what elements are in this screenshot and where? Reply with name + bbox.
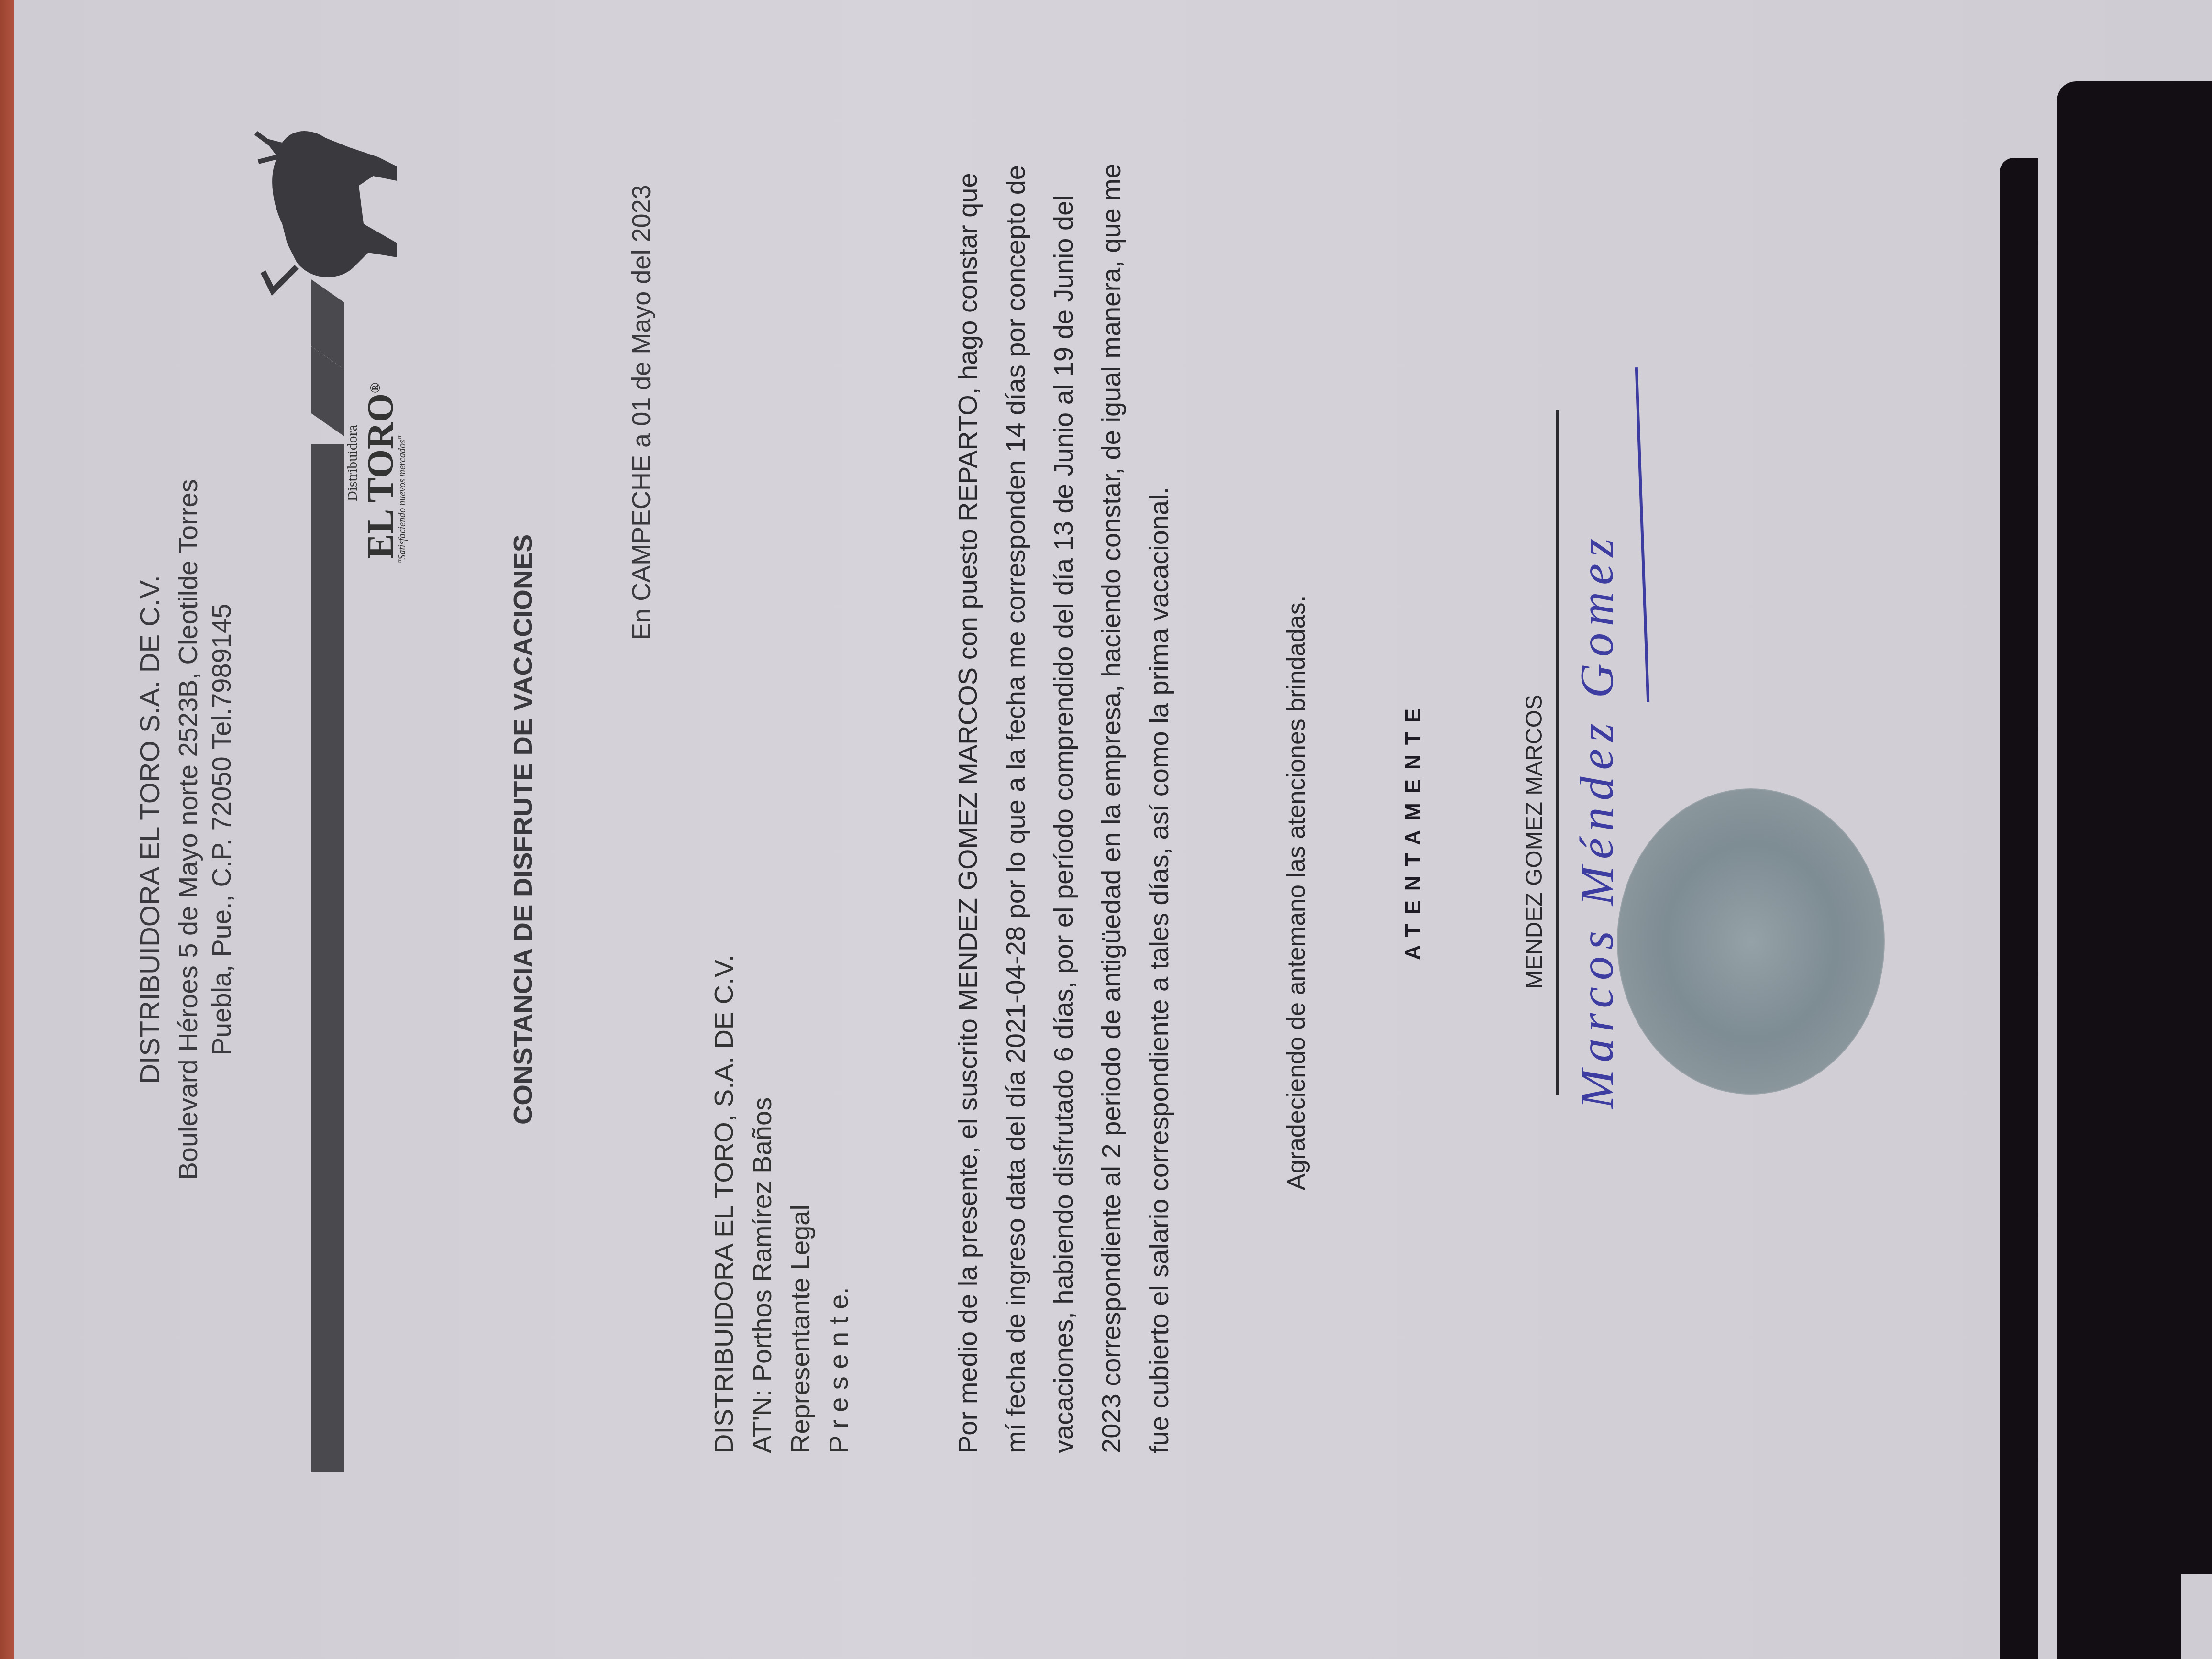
body-line: vacaciones, habiendo disfrutado 6 días, … xyxy=(1048,195,1079,1453)
recipient-presente: P r e s e n t e. xyxy=(823,1287,854,1453)
redaction-bar xyxy=(2181,81,2212,1574)
redaction-bar xyxy=(2000,158,2038,1659)
body-line: fue cubierto el salario correspondiente … xyxy=(1143,487,1174,1453)
signature-stroke xyxy=(1635,367,1649,702)
redaction-bar xyxy=(2057,81,2181,1659)
salutation: ATENTAMENTE xyxy=(1402,0,1426,1659)
closing-text: Agradeciendo de antemano las atenciones … xyxy=(1282,596,1311,1190)
header-address-line1: Boulevard Héroes 5 de Mayo norte 2523B, … xyxy=(172,0,203,1659)
logo-brand-text: EL TORO xyxy=(359,393,401,559)
logo-brand: EL TORO® xyxy=(359,382,402,559)
body-line: 2023 correspondiente al 2 periodo de ant… xyxy=(1095,164,1127,1453)
body-line: mí fecha de ingreso data del día 2021-04… xyxy=(1000,165,1031,1453)
document-page: DISTRIBUIDORA EL TORO S.A. DE C.V. Boule… xyxy=(14,0,2212,1659)
registered-mark: ® xyxy=(367,382,383,393)
logo-tagline: "Satisfaciendo nuevos mercados" xyxy=(397,436,408,564)
recipient-company: DISTRIBUIDORA EL TORO, S.A. DE C.V. xyxy=(708,954,739,1453)
body-line: Por medio de la presente, el suscrito ME… xyxy=(952,173,983,1453)
recipient-role: Representante Legal xyxy=(785,1205,816,1453)
logo-small-text: Distribuidora xyxy=(344,425,361,501)
header-stripe xyxy=(311,444,344,1472)
header-company: DISTRIBUIDORA EL TORO S.A. DE C.V. xyxy=(134,0,166,1659)
recipient-attention: AT'N: Porthos Ramírez Baños xyxy=(746,1097,777,1453)
header-address-line2: Puebla, Pue., C.P. 72050 Tel.7989145 xyxy=(206,0,237,1659)
handwritten-signature: Marcos Méndez Gomez xyxy=(1569,531,1624,1109)
document-title: CONSTANCIA DE DISFRUTE DE VACACIONES xyxy=(507,0,538,1659)
fingerprint-icon xyxy=(1617,788,1885,1095)
signer-printed-name: MENDEZ GOMEZ MARCOS xyxy=(1521,695,1548,989)
place-date: En CAMPECHE a 01 de Mayo del 2023 xyxy=(627,185,656,640)
signature-line xyxy=(1556,410,1559,1095)
